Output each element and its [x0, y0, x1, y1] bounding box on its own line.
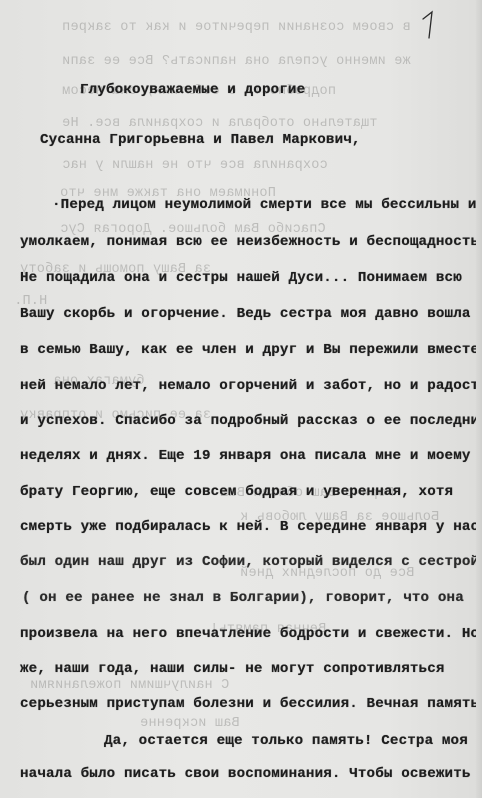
salutation-line-1: Глубокоуважаемые и дорогие: [80, 82, 305, 98]
body-line: был один наш друг из Софии, который виде…: [20, 554, 479, 570]
handwritten-page-number: [420, 10, 440, 40]
body-line: Да, остается еще только память! Сестра м…: [104, 733, 468, 749]
body-line: ·Перед лицом неумолимой смерти все мы бе…: [52, 197, 482, 213]
bleed-through-text: сохранила все что не нашли у нас: [62, 158, 328, 173]
body-line: в семью Вашу, как ее член и друг и Вы пе…: [20, 342, 482, 358]
body-line: же, наши года, наши силы- не могут сопро…: [20, 661, 445, 677]
bleed-through-text: тщательно отобрала и сохранила все. Не: [62, 116, 377, 131]
bleed-through-text: Ваш искренне: [140, 716, 240, 731]
bleed-through-text: в своем сознании перечитое и как то закр…: [62, 20, 411, 35]
body-line: Не пощадила она и сестры нашей Дуси... П…: [20, 270, 462, 286]
body-line: произвела на него впечатление бодрости и…: [20, 626, 482, 642]
page-edge: [476, 0, 482, 798]
body-line: ней немало лет, немало огорчений и забот…: [20, 378, 482, 394]
body-line: неделях и днях. Еще 19 января она писала…: [20, 448, 471, 464]
body-line: Вашу скорбь и огорчение. Ведь сестра моя…: [20, 306, 471, 322]
document-page: в своем сознании перечитое и как то закр…: [0, 0, 482, 798]
body-line: ( он ее ранее не знал в Болгарии), говор…: [22, 590, 464, 606]
body-line: начала было писать свои воспоминания. Чт…: [20, 766, 482, 782]
body-line: умолкаем, понимая всю ее неизбежность и …: [20, 234, 482, 250]
body-line: смерть уже подбиралась к ней. В середине…: [20, 519, 479, 535]
bleed-through-text: же именно успела она написать? Все ее за…: [62, 54, 411, 69]
body-line: брату Георгию, еще совсем бодрая и увере…: [20, 484, 453, 500]
body-line: серьезным приступам болезни и бессилия. …: [20, 696, 482, 712]
salutation-line-2: Сусанна Григорьевна и Павел Маркович,: [40, 132, 361, 148]
bleed-through-text: С наилучшими пожеланиями: [30, 678, 229, 693]
body-line: и успехов. Спасибо за подробный рассказ …: [20, 413, 482, 429]
